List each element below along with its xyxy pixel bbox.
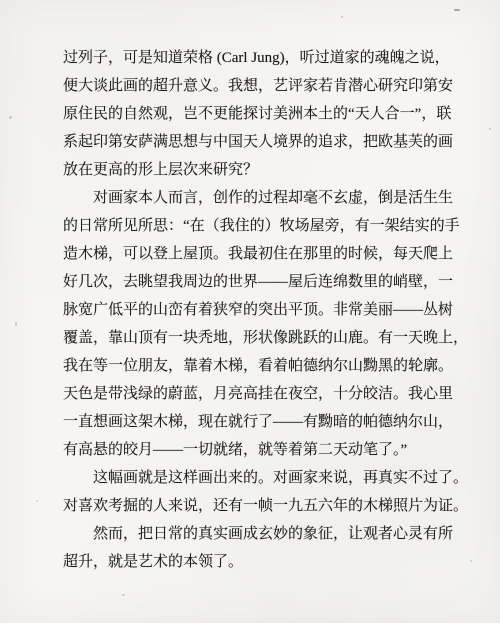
text-line: 天色是带浅绿的蔚蓝，月亮高挂在夜空，十分皎洁。我心里 [63, 380, 448, 408]
text-line: 脉宽广低平的山峦有着狭窄的突出平顶。非常美丽——丛树 [63, 296, 448, 324]
scan-speck [15, 322, 17, 326]
text-line: 对画家本人而言，创作的过程却毫不玄虚，倒是活生生 [63, 184, 448, 212]
scan-speck [122, 594, 125, 596]
scan-speck [9, 116, 12, 119]
text-line: 一直想画这架木梯，现在就行了——有黝暗的帕德纳尔山， [63, 408, 448, 436]
text-line: 有高悬的皎月——一切就绪，就等着第二天动笔了。” [63, 436, 448, 464]
scan-speck [36, 500, 38, 502]
text-line: 超升，就是艺术的本领了。 [63, 548, 448, 576]
scan-speck [470, 560, 472, 562]
paragraph: 对画家本人而言，创作的过程却毫不玄虚，倒是活生生 的日常所见所思：“在（我住的）… [63, 184, 448, 464]
text-line: 系起印第安萨满思想与中国天人境界的追求，把欧基芙的画 [63, 128, 448, 156]
text-line: 造木梯，可以登上屋顶。我最初住在那里的时候，每天爬上 [63, 240, 448, 268]
scan-speck [454, 9, 460, 11]
text-line: 我在等一位朋友，靠着木梯，看着帕德纳尔山黝黑的轮廓。 [63, 352, 448, 380]
text-line: 过列子，可是知道荣格 (Carl Jung)，听过道家的魂魄之说， [63, 44, 448, 72]
paragraph: 过列子，可是知道荣格 (Carl Jung)，听过道家的魂魄之说， 便大谈此画的… [63, 44, 448, 184]
text-line: 原住民的自然观，岂不更能探讨美洲本土的“天人合一”，联 [63, 100, 448, 128]
paragraph: 这幅画就是这样画出来的。对画家来说，再真实不过了。 对喜欢考掘的人来说，还有一帧… [63, 464, 448, 520]
text-line: 对喜欢考掘的人来说，还有一帧一九五六年的木梯照片为证。 [63, 492, 448, 520]
text-line: 好几次，去眺望我周边的世界——屋后连绵数里的峭壁，一 [63, 268, 448, 296]
scan-speck [489, 128, 491, 130]
text-line: 放在更高的形上层次来研究？ [63, 156, 448, 184]
text-line: 的日常所见所思：“在（我住的）牧场屋旁，有一架结实的手 [63, 212, 448, 240]
text-line: 便大谈此画的超升意义。我想，艺评家若肯潜心研究印第安 [63, 72, 448, 100]
text-line: 覆盖，靠山顶有一块秃地，形状像跳跃的山鹿。有一天晚上， [63, 324, 448, 352]
scan-speck [341, 16, 343, 18]
body-text: 过列子，可是知道荣格 (Carl Jung)，听过道家的魂魄之说， 便大谈此画的… [63, 44, 448, 576]
scanned-book-page: 过列子，可是知道荣格 (Carl Jung)，听过道家的魂魄之说， 便大谈此画的… [0, 0, 500, 623]
text-line: 然而，把日常的真实画成玄妙的象征，让观者心灵有所 [63, 520, 448, 548]
paragraph: 然而，把日常的真实画成玄妙的象征，让观者心灵有所 超升，就是艺术的本领了。 [63, 520, 448, 576]
text-line: 这幅画就是这样画出来的。对画家来说，再真实不过了。 [63, 464, 448, 492]
